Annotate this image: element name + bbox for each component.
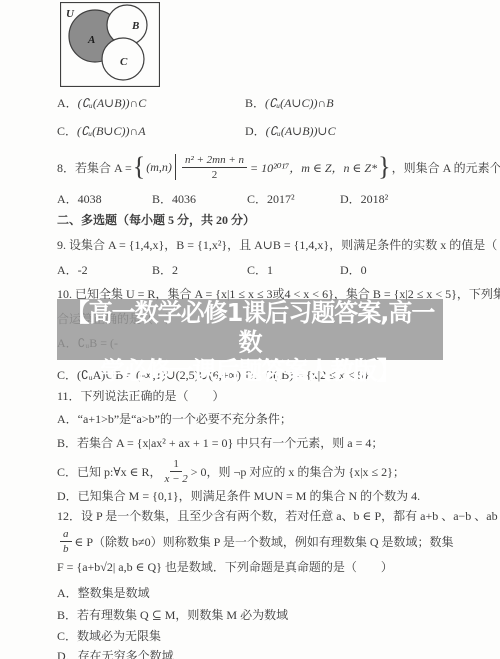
q9-option-a: A．-2 [57,263,88,277]
venn-label-b: B [131,20,139,32]
q7-option-c-label: C． [57,124,77,138]
q8-option-b: B．4036 [152,192,196,206]
q12-stem-line2: a b ∈ P（除数 b≠0）则称数集 P 是一个数域，例如有理数集 Q 是数域… [57,527,454,555]
q7-option-d: D．(∁ᵤ(A∪B))∪C [245,124,336,138]
watermark-banner: 【高一数学必修1课后习题答案,高一数 学必修一课后题答案人教版】 [57,299,443,360]
q12-stem-line2-rest: ∈ P（除数 b≠0）则称数集 P 是一个数域，例如有理数集 Q 是数域；数集 [75,533,454,550]
q12-stem-line3: F = {a+b√2| a,b ∈ Q} 也是数域．下列命题是真命题的是（ ） [57,560,393,574]
q8-fraction-denominator: 2 [212,168,218,181]
venn-diagram: U A B C [60,2,160,87]
q12-fraction: a b [60,528,72,555]
q9-option-c: C．1 [247,263,273,277]
q11-option-a: A．“a+1>b”是“a>b”的一个必要不充分条件； [57,412,292,426]
q12-option-b: B．若有理数集 Q ⊆ M，则数集 M 必为数域 [57,608,288,622]
q8-option-c: C．2017² [247,192,295,206]
q11-option-c-post: > 0，则 ¬p 对应的 x 的集合为 {x|x ≤ 2}； [191,463,405,480]
q11-option-c: C．已知 p:∀x ∈ R， 1 x − 2 > 0，则 ¬p 对应的 x 的集… [57,456,405,486]
watermark-line1: 【高一数学必修1课后习题答案,高一数 [57,298,443,357]
venn-label-c: C [120,56,128,68]
q7-option-d-text: (∁ᵤ(A∪B))∪C [266,124,336,138]
venn-label-u: U [66,8,75,20]
q12-option-a: A．整数集是数域 [57,586,150,600]
q8-stem: 8．若集合 A = { (m,n) n² + 2mn + n 2 = 10²⁰¹… [57,150,500,184]
worksheet-page: U A B C A．(∁ᵤ(A∪B))∩C B．(∁ᵤ(A∪C))∩B C．(∁… [0,0,500,659]
q8-stem-mid: = 10²⁰¹⁷，m ∈ Z，n ∈ Z* [250,159,377,176]
q8-set-builder-bar [175,154,176,180]
q11-option-c-pre: C．已知 p:∀x ∈ R， [57,463,161,480]
q11-option-d: D．已知集合 M = {0,1}，则满足条件 M∪N = M 的集合 N 的个数… [57,489,420,503]
section-2-header: 二、多选题（每小题 5 分，共 20 分） [57,213,255,227]
q8-brace-open: { [132,154,146,180]
q8-option-a: A．4038 [57,192,102,206]
venn-label-a: A [87,34,95,46]
q12-stem-line1: 12．设 P 是一个数集，且至少含有两个数，若对任意 a、b ∈ P，都有 a+… [57,509,500,523]
q9-option-b: B．2 [152,263,178,277]
venn-diagram-svg: U A B C [60,2,160,87]
q7-option-c-text: (∁ᵤ(B∪C))∩A [77,124,146,138]
q7-option-d-label: D． [245,124,266,138]
q8-tuple: (m,n) [146,160,172,175]
q7-option-b-text: (∁ᵤ(A∪C))∩B [265,96,334,110]
q8-fraction-numerator: n² + 2mn + n [182,154,247,168]
q11-option-b: B．若集合 A = {x|ax² + ax + 1 = 0} 中只有一个元素，则… [57,436,383,450]
q12-option-c: C．数域必为无限集 [57,629,161,643]
q8-brace-close: } [377,154,391,180]
q8-stem-post: ，则集合 A 的元素个数为 [392,159,500,176]
q7-option-b-label: B． [245,96,265,110]
q12-option-d: D．存在无穷多个数域 [57,649,174,659]
q12-fraction-denominator: b [63,542,69,555]
q8-fraction: n² + 2mn + n 2 [182,154,247,181]
q11-option-c-fraction-numerator: 1 [170,458,182,472]
q11-option-c-fraction: 1 x − 2 [164,458,187,485]
q8-option-d: D．2018² [340,192,388,206]
q11-stem: 11．下列说法正确的是（ ） [57,389,225,403]
q7-option-a-label: A． [57,96,78,110]
q11-option-c-fraction-denominator: x − 2 [164,472,187,485]
q8-stem-pre: 8．若集合 A = [57,159,132,176]
q7-option-c: C．(∁ᵤ(B∪C))∩A [57,124,146,138]
q7-option-a-text: (∁ᵤ(A∪B))∩C [78,96,147,110]
q12-fraction-numerator: a [60,528,72,542]
q9-stem: 9. 设集合 A = {1,4,x}，B = {1,x²}，且 A∪B = {1… [57,238,500,252]
q7-option-a: A．(∁ᵤ(A∪B))∩C [57,96,146,110]
q9-option-d: D．0 [340,263,367,277]
q7-option-b: B．(∁ᵤ(A∪C))∩B [245,96,334,110]
watermark-line2: 学必修一课后题答案人教版】 [57,357,443,387]
